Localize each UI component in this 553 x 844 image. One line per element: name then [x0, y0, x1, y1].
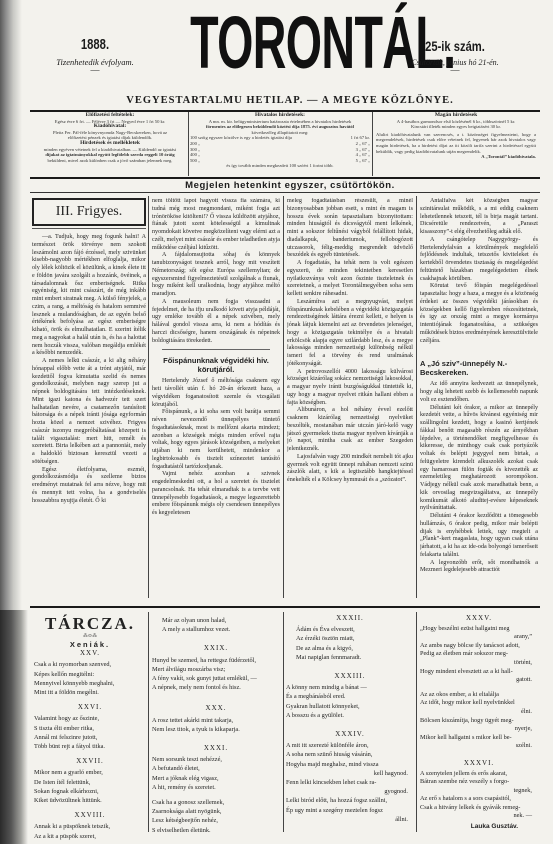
poem-line-continuation: gyognod. [286, 787, 414, 796]
issue-number: 25-ik szám. [403, 38, 507, 54]
poem-line: Az ambs nagy bölcse ily tanácsot adott, [420, 642, 538, 651]
column-2: nem töltött lapot hagyott vissza fia szá… [152, 198, 280, 598]
article-paragraph: A fogadtatás, ha tehát nem is volt egész… [287, 260, 413, 299]
poem-line: A hit, remény és szeretet. [152, 783, 280, 792]
poem-line-continuation: tegnek, [420, 787, 538, 796]
poem-number: XXVII. [34, 757, 146, 766]
year: 1888. [54, 36, 137, 53]
info-private-box: Magán hirdetések A 4-hasábos garmondsor … [376, 113, 536, 160]
poem-line: Nem lesz titok, a tyuk is kikaparja. [152, 725, 280, 734]
article-paragraph: A legvonzóbb erőt, sőt mondhatnók a Mezm… [420, 560, 538, 576]
official-footer: és így tovább minden megkezdett 100 szóé… [190, 163, 370, 169]
article-paragraph: meleg fogadtatásban részesült, a minél b… [287, 198, 413, 260]
poem-number: XXVI. [34, 703, 146, 712]
poem-author: Lauka Gusztáv. [420, 823, 538, 832]
poem-line: Az érzéki ösztön miatt, [286, 634, 414, 643]
poem-line: Annál mi felszinre jutott, [34, 733, 146, 742]
poem-line: Lelki biród előtt, ha hozzá fogsz szálln… [286, 796, 414, 805]
column-rule [416, 196, 417, 598]
private-line: Kincstári illeték minden egyes beigtatás… [376, 124, 536, 130]
poem-line: Több bünt rejt a fátyol titka. [34, 742, 146, 751]
poem-line: A szenytelen jellem és erős akarat, [420, 770, 538, 779]
banner-rule [30, 192, 540, 193]
info-box-rule [30, 177, 540, 179]
poem-line: Kiket üdvözültnek hittünk. [34, 796, 146, 805]
ornament-icon: ⁂⊙⁂ [40, 633, 140, 639]
info-official-box: Hivatalos hirdetések: A mn. m. kir. belü… [190, 113, 370, 169]
tarcza-title: TÁRCZA. [40, 614, 140, 634]
private-signature: A „Torontál” kiadóhivatala. [376, 154, 536, 160]
column-rule [283, 196, 284, 598]
page-binding-shadow-bottom [0, 610, 28, 844]
article-paragraph: Főispánunk, a ki soha sem volt barátja s… [152, 409, 280, 471]
divider-dash: — [390, 67, 520, 73]
article-paragraph: Vajmi nehéz azonban a szivnek engedelmes… [152, 471, 280, 518]
newspaper-page: 1888. Tizenhetedik évfolyam. — TORONTÁL.… [0, 0, 553, 844]
poem-column-3: XXXII. Ádám és Éva elveszett, Az érzéki … [286, 614, 414, 824]
publication-banner: Megjelen hetenkint egyszer, csütörtökön. [165, 180, 415, 191]
poem-line: Mikor nem a gyarló ember, [34, 768, 146, 777]
article-paragraph: Az idő annyira kedvezett az ünnepélynek,… [420, 381, 538, 404]
poem-number: XXX. [152, 704, 280, 713]
poem-line: A rosz tettet akárki mint takarja, [152, 716, 280, 725]
poem-line: Csak a ki nyomorban szenved, [34, 660, 146, 669]
price-words: 100 szóig egyszer közölve is egy a hirde… [190, 135, 292, 141]
article-paragraph: Körutat tevő főispán megelégedéssel tapa… [420, 283, 538, 345]
poem-line: Valamint hogy az őszinte, [34, 714, 146, 723]
poem-line: Csak ha a gonosz szellemek, [152, 798, 280, 807]
poem-line: Fenn lelki kincsekben lehet csak ra- [286, 778, 414, 787]
poem-line: Mikor kell hallgatni s mikor kell be- [420, 734, 538, 743]
poem-line: A mit itt szerezté különféle áron, [286, 741, 414, 750]
poem-line-continuation: állni. [286, 815, 414, 824]
official-line: fórmentes az előlegesen beküldendő közté… [190, 124, 370, 130]
poem-line: S tiszta élti ember ritka, [34, 724, 146, 733]
article-paragraph: Leszámítva azt a megnyugvást, melyet fői… [287, 299, 413, 369]
article-paragraph: A nemes lelkü császár, a ki alig néhány … [32, 358, 146, 467]
poem-line: Csak a hitvány lelkek és gyávák remeg- [420, 804, 538, 813]
poem-line: Az időt, hogy mikor kell nyelvünkkel [420, 699, 538, 708]
poem-line: A soha nem szünő hiuság vásárán, [286, 750, 414, 759]
newspaper-subtitle: VEGYESTARTALMU HETILAP. — A MEGYE KÖZLÖN… [100, 95, 480, 106]
poem-series-title: Xeniák. [34, 640, 146, 649]
poem-line: Az erő s hatalom s a sors csapásitól, [420, 795, 538, 804]
poem-line: „Hogy beszélni ezüst hallgatni meg [420, 625, 538, 634]
poem-line: Ádám és Éva elveszett, [286, 625, 414, 634]
poem-number: XXXIV. [286, 730, 414, 739]
article-paragraph: Hertelendy József ő méltósága csaknem eg… [152, 378, 280, 409]
private-body: Alulirt kiadóhivatalunk van szerencsés, … [376, 132, 536, 154]
article-paragraph: Délutáni két órakor, a mikor az ünnepély… [420, 405, 538, 514]
poem-number: XXVIII. [34, 811, 146, 820]
column-rule [148, 196, 149, 598]
poem-line-continuation: történt, [420, 659, 538, 668]
poem-line: Zsarnokságа alatt nyögünk, [152, 807, 280, 816]
column-rule [416, 612, 417, 832]
tarcza-rule [30, 606, 540, 608]
poem-number: XXXII. [286, 614, 414, 623]
article-paragraph: A csángótelep Nagygyörgy- és Hertelendyf… [420, 237, 538, 284]
masthead-right: 25-ik szám. Csütörtök, junius hó 21-én. … [390, 38, 520, 73]
column-1: III. Frigyes. —a. Tudjuk, hogy meg fogun… [32, 198, 146, 598]
poem-line: Az a kit a püspök szeret, [34, 832, 146, 841]
poem-number: XXIX. [152, 644, 280, 653]
poem-line: Az az okos ember, a ki eltalálja [420, 691, 538, 700]
poem-line: Sokan fognak elkárhozni, [34, 787, 146, 796]
poem-line: Pedig az életben már sokszor meg- [420, 650, 538, 659]
column-3: meleg fogadtatásban részesült, a minél b… [287, 198, 413, 598]
poem-number: XXXIII. [286, 672, 414, 681]
poem-line: És a megbánásból ered. [286, 692, 414, 701]
poem-line-continuation: gatott. [420, 676, 538, 685]
ads-line: díjakat az igtatmányokkal együtt legföle… [34, 152, 186, 158]
poem-line: Mert álvilágu moszárba visz; [152, 665, 280, 674]
poem-line: A mely a stallumhoz vezet. [152, 625, 280, 634]
poem-line: Mai napiglan fennmaradt. [286, 653, 414, 662]
poem-line-continuation: élni. [420, 708, 538, 717]
poem-line: Mint itt a földön megélni. [34, 688, 146, 697]
section-title-korut: Főispánunknak végvidéki hiv. körutjáról. [152, 356, 280, 374]
section-title-jo-sziv: A „Jó sziv”-ünnepély N.-Becskereken. [420, 359, 538, 377]
article-paragraph: Délutáni 4 órakor kezdődött a tömegesebb… [420, 513, 538, 560]
poem-line: Lesz kétségbeejtőn nehéz, [152, 816, 280, 825]
poem-number: XXXV. [420, 614, 538, 623]
poem-line: Már az olyan unon halad, [152, 616, 280, 625]
column-rule [372, 112, 373, 176]
poem-line: Gyakran hullatott könnyeket, [286, 702, 414, 711]
section-separator [162, 349, 270, 350]
article-paragraph: Lajosfalván vagy 200 mindkét nembeli tót… [287, 454, 413, 485]
poem-line: Bátran szembe néz veszély s forgo- [420, 778, 538, 787]
poem-line: De az alma és a kigyó, [286, 644, 414, 653]
ads-line: beküldeni, mivel azok különben csak a jö… [34, 158, 186, 164]
poem-line-continuation: nyerje, [420, 725, 538, 734]
article-paragraph: Antalfalva két községben magyar szinitár… [420, 198, 538, 237]
poem-line: Hogyha majd meghalsz, mind vissza [286, 760, 414, 769]
poem-line: A befutandó életet, [152, 764, 280, 773]
poem-number: XXXVI. [420, 759, 538, 768]
poem-line-continuation: kell hagynod. [286, 769, 414, 778]
column-4: Antalfalva két községben magyar szinitár… [420, 198, 538, 598]
spacer [420, 345, 538, 355]
article-paragraph: A petrovoszellói 4000 lakosságu külváros… [287, 369, 413, 408]
poem-line: Hogy mindent elvesztett az a ki hall- [420, 668, 538, 677]
article-title-frigyes: III. Frigyes. [32, 198, 146, 226]
poem-line: A fény vakít, sok gunyt juttat emlékül, … [152, 674, 280, 683]
poem-line: Hunyd be szemed, ha rettegsz füdérzetől, [152, 656, 280, 665]
poem-line: A népnek, mely nem fontol és hisz. [152, 683, 280, 692]
poem-line: S elviselhetlen életünk. [152, 826, 280, 835]
divider-dash: — [40, 67, 150, 73]
newspaper-title: TORONTÁL. [190, 4, 354, 82]
poem-line: Mert a jóknak elég vigasz, [152, 774, 280, 783]
poem-number: XXV. [34, 649, 146, 658]
article-paragraph: nem töltött lapot hagyott vissza fia szá… [152, 198, 280, 252]
article-paragraph: A fájdalomsujtotta sóhaj és könnyek tanu… [152, 252, 280, 299]
poem-line: Mennyivel könnyebb meghalni, [34, 679, 146, 688]
price-value: 5 „ 67 „ [356, 158, 370, 164]
masthead-left: 1888. Tizenhetedik évfolyam. — [40, 36, 150, 73]
column-rule [283, 612, 284, 832]
poem-line: Ép ugy mint a szegény meztelen fogsz [286, 806, 414, 815]
poem-line: A könny nem mindig a bánat — [286, 683, 414, 692]
poem-line-continuation: nek. — [420, 812, 538, 821]
info-subscription-box: Előfizetési feltételek: Egész évre 6 frt… [34, 113, 186, 163]
price-words: 500 „ [190, 158, 200, 164]
article-paragraph: —a. Tudjuk, hogy meg fogunk halni! A ter… [32, 234, 146, 358]
poem-line: De Isten ítél felettünk, [34, 778, 146, 787]
poem-column-2: Már az olyan unon halad, A mely a stallu… [152, 616, 280, 835]
poem-line: Bölcsen kiszámítja, hogy ügyét meg- [420, 717, 538, 726]
poem-line: Nem sorsunk teszi nehézzé, [152, 755, 280, 764]
article-paragraph: A mausoleum nem fogja visszaadni a fejed… [152, 299, 280, 346]
poem-column-4: XXXV. „Hogy beszélni ezüst hallgatni meg… [420, 614, 538, 832]
poem-line: A bosszu és a gyülölet. [286, 711, 414, 720]
column-rule [188, 112, 189, 176]
column-rule [148, 612, 149, 832]
poem-line-continuation: szélni. [420, 742, 538, 751]
poem-line: Annak ki a püspöknek tetszik, [34, 822, 146, 831]
poem-column-1: Xeniák. XXV. Csak a ki nyomorban szenved… [34, 640, 146, 841]
article-paragraph: Egész életfolyama, eszméi, gondolkozásmó… [32, 467, 146, 506]
poem-line: Képes kellőn megitélni: [34, 670, 146, 679]
article-paragraph: Alibunáron, a hol néhány évvel ezelőtt c… [287, 407, 413, 454]
poem-line-continuation: arany,” [420, 633, 538, 642]
poem-number: XXXI. [152, 744, 280, 753]
